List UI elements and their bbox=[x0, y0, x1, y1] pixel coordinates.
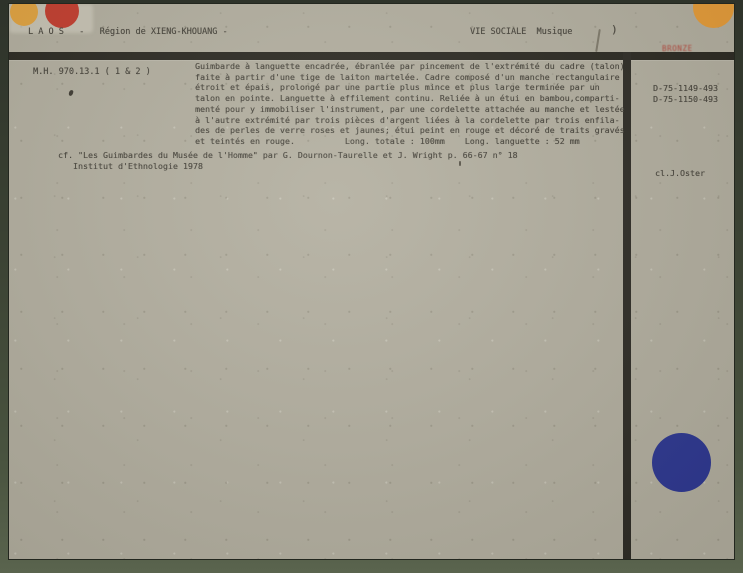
scratch-mark bbox=[595, 29, 600, 52]
close-paren-mark: ) bbox=[611, 25, 618, 36]
photo-credit: cl.J.Oster bbox=[655, 168, 705, 179]
negative-numbers: D-75-1149-493 D-75-1150-493 bbox=[653, 83, 718, 106]
bibliographic-reference: cf. "Les Guimbardes du Musée de l'Homme"… bbox=[58, 150, 518, 171]
header-region-label: L A O S - Région de XIENG-KHOUANG - bbox=[28, 27, 228, 38]
blue-dot-sticker bbox=[652, 433, 711, 492]
object-description: Guimbarde à languette encadrée, ébranlée… bbox=[195, 61, 625, 147]
header-category-label: VIE SOCIALE Musique bbox=[470, 27, 572, 38]
ink-speck bbox=[68, 90, 74, 97]
catalog-card: L A O S - Région de XIENG-KHOUANG - VIE … bbox=[8, 3, 735, 560]
inventory-number: M.H. 970.13.1 ( 1 & 2 ) bbox=[33, 67, 151, 78]
photo-frame: L A O S - Région de XIENG-KHOUANG - VIE … bbox=[0, 0, 743, 573]
orange-dot-sticker bbox=[693, 3, 734, 28]
